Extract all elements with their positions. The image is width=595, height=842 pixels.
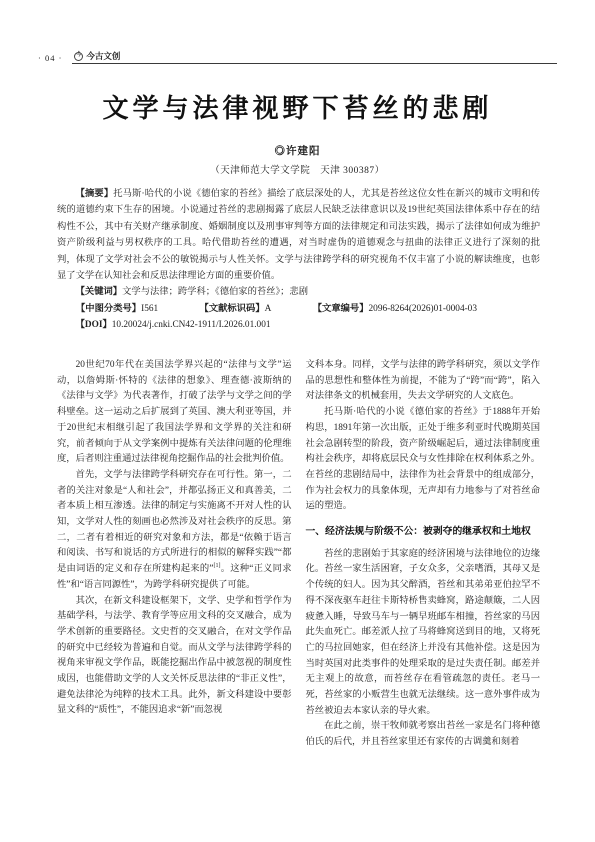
paragraph: 文科本身。同样，文学与法律的跨学科研究，须以文学作品的思想性和整体性为前提，不能… xyxy=(306,358,541,405)
paragraph: 首先，文学与法律跨学科研究存在可行性。第一，二者的关注对象是“人和社会”，并都弘… xyxy=(57,468,292,594)
keywords-label: 【关键词】 xyxy=(76,287,123,297)
doi-value: 10.20024/j.cnki.CN42-1911/I.2026.01.001 xyxy=(112,320,271,330)
keywords-text: 文学与法律；跨学科；《德伯家的苔丝》；悲剧 xyxy=(122,287,308,297)
paragraph: 托马斯·哈代的小说《德伯家的苔丝》于1888年开始构思，1891年第一次出版，正… xyxy=(306,405,541,515)
document-code: 【文献标识码】A xyxy=(200,301,272,317)
journal-logo-icon: 今 xyxy=(74,52,83,61)
abstract-text: 托马斯·哈代的小说《德伯家的苔丝》描绘了底层深处的人，尤其是苔丝这位女性在新兴的… xyxy=(57,189,540,281)
article-id-label: 【文章编号】 xyxy=(313,304,369,314)
paragraph: 20世纪70年代在美国法学界兴起的“法律与文学”运动，以詹姆斯·怀特的《法律的想… xyxy=(57,358,292,468)
section-heading: 一、经济法规与阶级不公：被剥夺的继承权和土地权 xyxy=(306,524,541,540)
journal-brand: 今 今古文创 xyxy=(74,50,120,62)
page-number: · 04 · xyxy=(38,53,62,64)
abstract: 【摘要】托马斯·哈代的小说《德伯家的苔丝》描绘了底层深处的人，尤其是苔丝这位女性… xyxy=(57,186,540,284)
paragraph: 其次，在新文科建设框架下，文学、史学和哲学作为基础学科，与法学、教育学等应用文科… xyxy=(57,594,292,720)
paragraph: 苔丝的悲剧始于其家庭的经济困境与法律地位的边缘化。苔丝一家生活困窘，子女众多，父… xyxy=(306,547,541,720)
affiliation: （天津师范大学文学院 天津 300387） xyxy=(0,162,595,176)
keywords: 【关键词】文学与法律；跨学科；《德伯家的苔丝》；悲剧 xyxy=(57,284,540,300)
doc-code-label: 【文献标识码】 xyxy=(200,304,265,314)
doi-line: 【DOI】10.20024/j.cnki.CN42-1911/I.2026.01… xyxy=(57,317,540,333)
clc-label: 【中图分类号】 xyxy=(76,304,141,314)
journal-page: · 04 · 今 今古文创 文学与法律视野下苔丝的悲剧 ◎许建阳 （天津师范大学… xyxy=(0,0,595,842)
clc-number: 【中图分类号】I561 xyxy=(76,301,158,317)
clc-value: I561 xyxy=(141,304,158,314)
doc-code-value: A xyxy=(265,304,272,314)
page-header: · 04 · 今 今古文创 xyxy=(38,46,557,64)
journal-name: 今古文创 xyxy=(86,50,120,62)
paragraph-text: 首先，文学与法律跨学科研究存在可行性。第一，二者的关注对象是“人和社会”，并都弘… xyxy=(57,470,292,574)
article-title: 文学与法律视野下苔丝的悲剧 xyxy=(0,88,595,125)
author-name: 许建阳 xyxy=(286,146,321,157)
article-body: 20世纪70年代在美国法学界兴起的“法律与文学”运动，以詹姆斯·怀特的《法律的想… xyxy=(57,358,540,782)
header-rule: 今 今古文创 xyxy=(72,50,557,64)
doi-label: 【DOI】 xyxy=(76,320,112,330)
paragraph: 在此之前，崇干牧师就考察出苔丝一家是名门将种德伯氏的后代，并且苔丝家里还有家传的… xyxy=(306,719,541,750)
front-matter: 【摘要】托马斯·哈代的小说《德伯家的苔丝》描绘了底层深处的人，尤其是苔丝这位女性… xyxy=(57,186,540,334)
article-id: 【文章编号】2096-8264(2026)01-0004-03 xyxy=(313,301,477,317)
right-column: 文科本身。同样，文学与法律的跨学科研究，须以文学作品的思想性和整体性为前提，不能… xyxy=(306,358,541,782)
abstract-label: 【摘要】 xyxy=(76,189,114,199)
classification-row: 【中图分类号】I561 【文献标识码】A 【文章编号】2096-8264(202… xyxy=(57,301,540,317)
left-column: 20世纪70年代在美国法学界兴起的“法律与文学”运动，以詹姆斯·怀特的《法律的想… xyxy=(57,358,292,782)
author-mark: ◎ xyxy=(275,146,287,157)
article-id-value: 2096-8264(2026)01-0004-03 xyxy=(369,304,477,314)
author-line: ◎许建阳 xyxy=(0,143,595,158)
